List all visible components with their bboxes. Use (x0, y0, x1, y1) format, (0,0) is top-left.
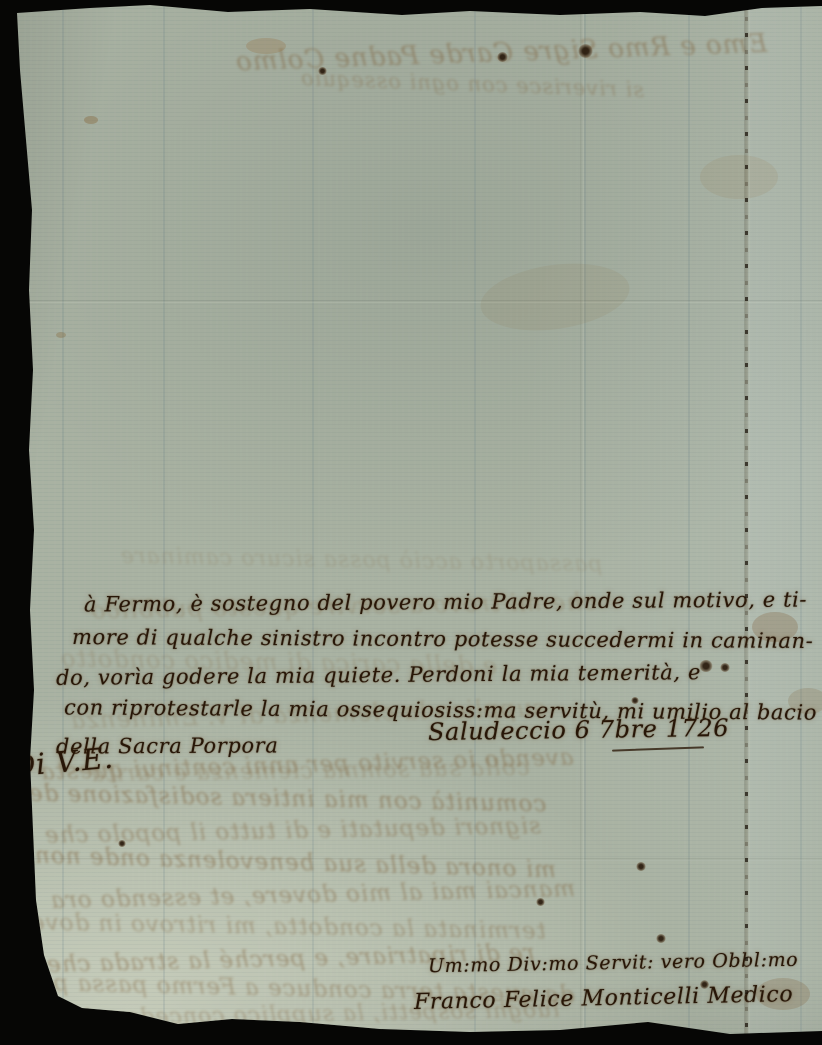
chain-line (688, 0, 690, 1045)
ink-blot (720, 663, 730, 672)
ink-blot (578, 44, 593, 58)
folded-panel-right (750, 0, 822, 1045)
stain (56, 332, 66, 338)
stitched-fold-seam (744, 0, 750, 1045)
stain (246, 38, 286, 54)
bleedthrough-line: passaporto acciò possa sicuro caminare (120, 544, 603, 577)
stain (476, 255, 633, 339)
stitch-marks (745, 0, 748, 1045)
letter-body-line: à Fermo, è sostegno del povero mio Padre… (84, 587, 807, 616)
bleedthrough-line: si riverisce con ogni ossequio (300, 66, 645, 102)
dateline-underline-flourish (612, 746, 704, 751)
ink-blot (656, 934, 666, 943)
horizontal-crease (0, 300, 822, 303)
bleedthrough-line: terminata la condotta, mi ritrovo in dov… (30, 910, 546, 945)
vertical-crease (580, 0, 584, 1045)
paper-sheet: Emo e Rmo Sigre Carde Padne Colmo si riv… (0, 0, 822, 1045)
stain (700, 155, 778, 199)
bleedthrough-line: mi onora della sua benevolenza onde non (34, 843, 557, 884)
letter-body-line: do, vorìa godere la mia quiete. Perdoni … (56, 660, 701, 690)
ink-blot (497, 52, 508, 62)
ink-blot (699, 660, 713, 672)
ink-blot (318, 67, 327, 75)
bleedthrough-line: colla sua somma clemenza e carità (90, 755, 530, 787)
dateline: Saludeccio 6 7bre 1726 (428, 714, 730, 746)
chain-line (584, 0, 586, 1045)
ink-blot (636, 862, 646, 871)
photograph-background: Emo e Rmo Sigre Carde Padne Colmo si riv… (0, 0, 822, 1045)
letter-body-line: more di qualche sinistro incontro potess… (72, 625, 813, 653)
stain (84, 116, 98, 124)
ink-blot (118, 840, 126, 847)
ink-blot (536, 898, 545, 906)
